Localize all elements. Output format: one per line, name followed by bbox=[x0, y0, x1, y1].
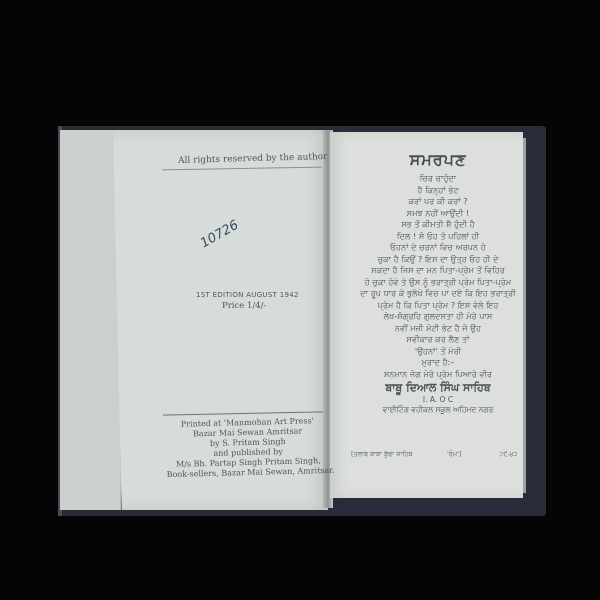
dedication-line: ਕਰਾਂ ਪਰ ਕੀ ਕਰਾਂ ? bbox=[338, 196, 538, 208]
dedication-lines: ਚਿਰ ਚਾਹੁੰਦਾਹੈ ਕਿਨ੍ਹਾਂ ਭੇਟਕਰਾਂ ਪਰ ਕੀ ਕਰਾਂ… bbox=[338, 173, 538, 380]
dedication-line: ਨਵੀਂ ਮਜ਼ੀ ਮੋਟੀ ਭੇਟ ਹੈ ਜੋ ਉਹ bbox=[338, 323, 538, 335]
dedication-line: ਓਹਨਾਂ ਦੇ ਚਰਨਾਂ ਵਿਚ ਅਰਪਨ ਹੋ bbox=[338, 242, 538, 254]
dedication-line: ਦਾ ਰੂਪ ਧਾਰ ਕੇ ਭੁਲੇਖੇ ਵਿਚ ਪਾ ਦਏ ਕਿ ਇਹ ਭਰਾ… bbox=[338, 288, 538, 300]
footer-mid: 'ਰੰਮ'] bbox=[447, 450, 461, 459]
dedication-line: ਸਭ ਤੋਂ ਕੀਮਤੀ ਸ਼ੈ ਹੁੰਦੀ ਹੈ bbox=[338, 219, 538, 231]
price-line: Price 1/4/- bbox=[222, 301, 266, 311]
dedication-line: ਹੈ ਕਿਨ੍ਹਾਂ ਭੇਟ bbox=[338, 185, 538, 197]
underlying-page-stack bbox=[60, 130, 121, 510]
dedication-line: ਚੁਕਾ ਹੈ ਕਿਉਂ ? ਇਸ ਦਾ ਉਤ੍ਰ ਓਹ ਹੀ ਦੇ bbox=[338, 254, 538, 266]
dedication-title: ਸਮਰਪਣ bbox=[338, 150, 538, 170]
dedication-line: ਸਨਮਾਨ ਜੋਗ ਮੇਰੇ ਪ੍ਰੇਮ ਪਿਆਰੇ ਵੀਰ bbox=[338, 369, 538, 381]
dedication-line: ਚਿਰ ਚਾਹੁੰਦਾ bbox=[338, 173, 538, 185]
honoree-title: I. A. O C bbox=[338, 395, 538, 405]
dedication-line: ਦਿਲ ! ਸੋ ਓਹ ਤੇ ਪਹਿਲਾਂ ਹੀ bbox=[338, 231, 538, 243]
dedication-line: ਲੇਖ-ਸੰਗ੍ਰਹਿ ਗੁਲਦਸਤਾ ਹੀ ਮੇਰੇ ਪਾਸ bbox=[338, 311, 538, 323]
page-footer: [ਤਲਾਬ ਬਾਬਾ ਬੁੱਢਾ ਸਾਹਿਬ 'ਰੰਮ'] ੭੯-੪੨ bbox=[351, 450, 521, 459]
dedication-line: 'ਉਹਨਾਂ' ਤੋਂ ਮੇਰੀ bbox=[338, 346, 538, 358]
imprint-block: Printed at 'Manmohan Art Press' Bazar Ma… bbox=[165, 416, 331, 480]
honoree-name: ਬਾਬੂ ਦਿਆਲ ਸਿੰਘ ਸਾਹਿਬ bbox=[338, 381, 538, 395]
dedication-line: ਹੋ ਚੁਕਾ ਹੋਵੇ ਤੇ ਉਸ ਨੂੰ ਭਰਾਤ੍ਰੀ ਪ੍ਰੇਮ ਪਿਤ… bbox=[338, 277, 538, 289]
honoree-address: ਵਾਈਟਿੰਗ ਵਹੀਕਲ ਸਕੂਲ ਅਹਿਮਦ ਨਗਰ bbox=[338, 405, 538, 415]
dedication-line: ਮੁਰਾਦ ਹੈ:– bbox=[338, 357, 538, 369]
dedication-line: ਸਮਝ ਨਹੀਂ ਆਉਂਦੀ ! bbox=[338, 208, 538, 220]
edition-line: 1ST EDITION AUGUST 1942 bbox=[196, 291, 299, 299]
footer-right: ੭੯-੪੨ bbox=[499, 450, 518, 459]
dedication-line: ਪ੍ਰੇਮ ਹੈ ਕਿ ਪਿਤਾ ਪ੍ਰੇਮ ? ਇਸ ਵੇਲੇ ਇਹ bbox=[338, 300, 538, 312]
footer-left: [ਤਲਾਬ ਬਾਬਾ ਬੁੱਢਾ ਸਾਹਿਬ bbox=[351, 450, 413, 458]
dedication-block: ਸਮਰਪਣ ਚਿਰ ਚਾਹੁੰਦਾਹੈ ਕਿਨ੍ਹਾਂ ਭੇਟਕਰਾਂ ਪਰ ਕ… bbox=[338, 150, 538, 415]
dedication-line: ਸਵੀਕਾਰ ਕਰ ਲੈਣ ਤਾਂ bbox=[338, 334, 538, 346]
dedication-line: ਸਕਦਾ ਹੈ ਜਿਸ ਦਾ ਮਨ ਪਿਤਾ-ਪ੍ਰੇਮ ਤੋਂ ਵਿਹਿਰ bbox=[338, 265, 538, 277]
